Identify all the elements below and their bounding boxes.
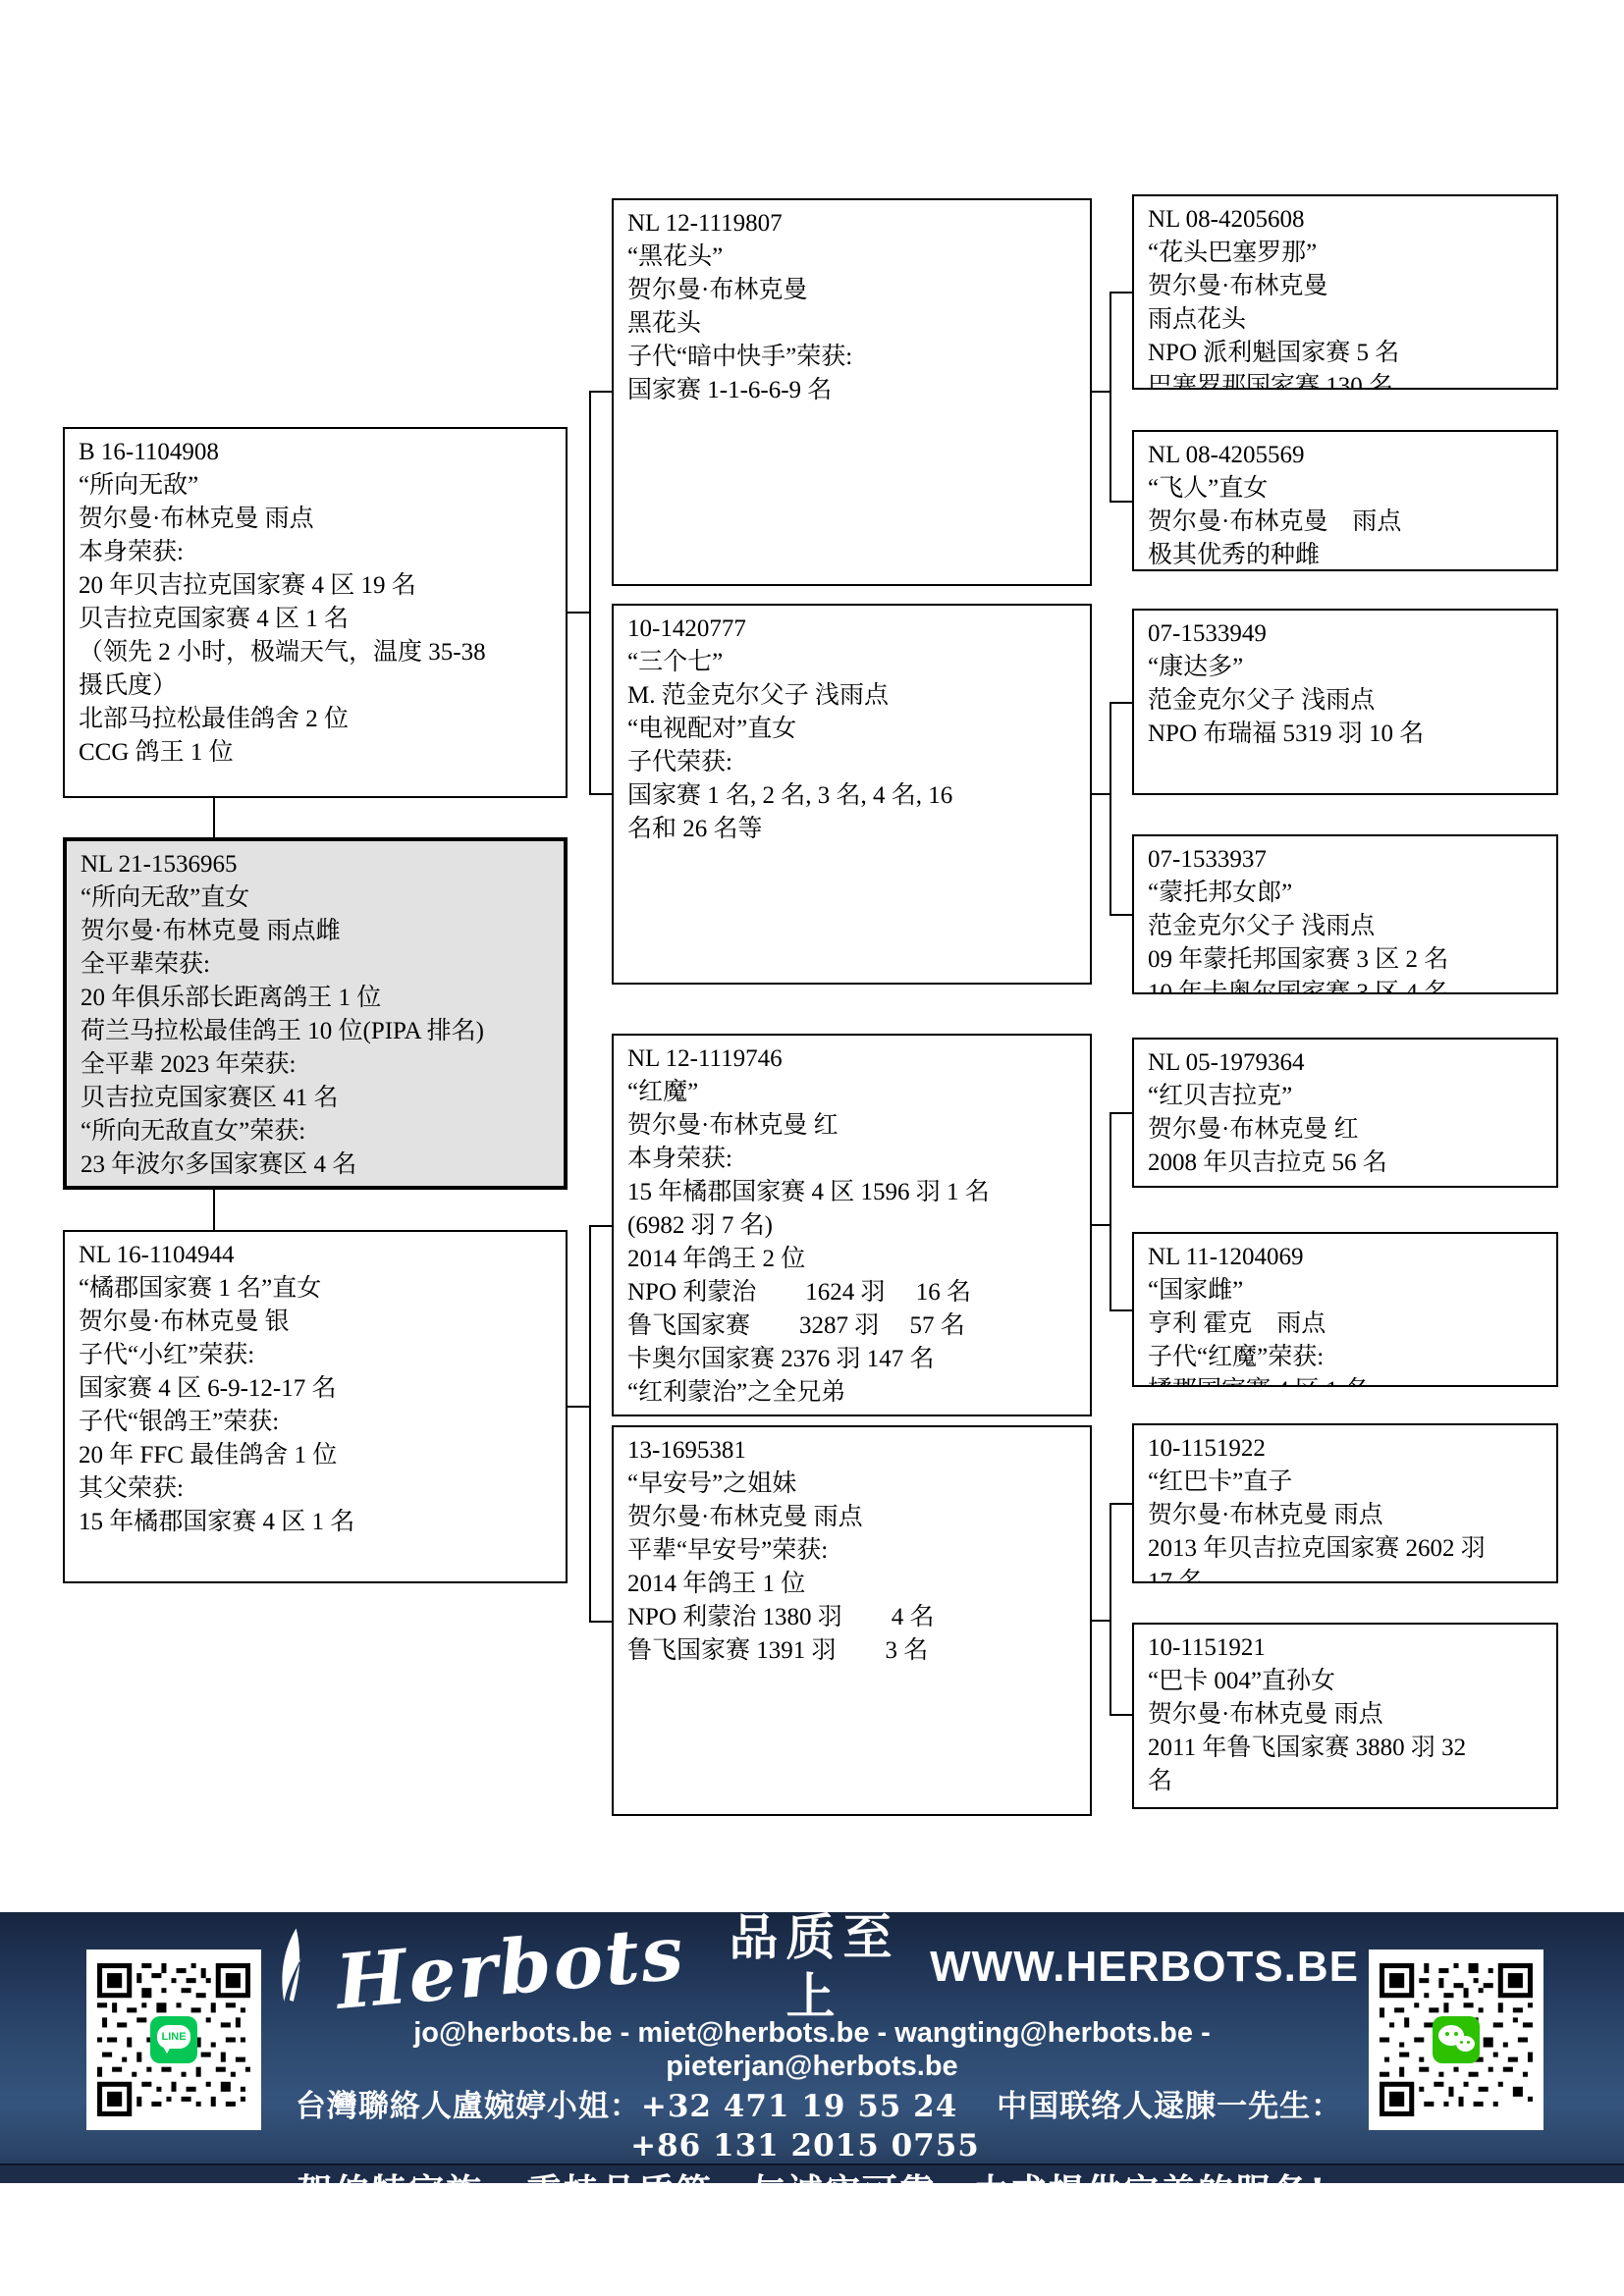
- connector-line: [1110, 1309, 1132, 1311]
- contact-taiwan: 台灣聯絡人盧婉婷小姐：+32 471 19 55 24: [282, 2089, 971, 2124]
- connector-line: [1110, 702, 1111, 916]
- connector-line: [589, 1225, 591, 1623]
- connector-line: [589, 1621, 612, 1623]
- connector-line: [1110, 1112, 1132, 1114]
- footer-content: Herbots 品质至上 WWW.HERBOTS.BE jo@herbots.b…: [265, 1912, 1359, 2183]
- connector-line: [1110, 292, 1132, 294]
- connector-line: [1110, 1112, 1111, 1311]
- connector-line: [589, 1225, 612, 1227]
- pedigree-box-nl-11-1204069: NL 11-1204069 “国家雌” 亨利 霍克 雨点 子代“红魔”荣获: 橘…: [1132, 1232, 1558, 1387]
- connector-line: [1092, 391, 1110, 393]
- pedigree-box-nl-12-1119746: NL 12-1119746 “红魔” 贺尔曼·布林克曼 红 本身荣获: 15 年…: [612, 1034, 1092, 1416]
- wechat-bubble-small: [1456, 2036, 1475, 2052]
- connector-line: [1110, 1503, 1132, 1505]
- pedigree-box-13-1695381: 13-1695381 “早安号”之姐妹 贺尔曼·布林克曼 雨点 平辈“早安号”荣…: [612, 1425, 1092, 1816]
- pedigree-box-b-16-1104908: B 16-1104908 “所向无敌” 贺尔曼·布林克曼 雨点 本身荣获: 20…: [63, 427, 568, 798]
- line-qr-code: LINE: [86, 1949, 261, 2130]
- wechat-icon: [1433, 2016, 1480, 2063]
- email-addresses[interactable]: jo@herbots.be - miet@herbots.be - wangti…: [265, 2016, 1359, 2083]
- brand-script-logo: Herbots: [333, 1914, 701, 2020]
- brand-logo-row: Herbots 品质至上 WWW.HERBOTS.BE: [265, 1920, 1359, 2014]
- connector-line: [213, 1190, 215, 1230]
- wechat-qr-code: [1369, 1949, 1543, 2130]
- connector-line: [1092, 1224, 1110, 1226]
- connector-line: [1092, 1620, 1110, 1622]
- feather-icon: [257, 1926, 324, 2008]
- connector-line: [1110, 292, 1111, 503]
- pedigree-box-nl-16-1104944: NL 16-1104944 “橘郡国家赛 1 名”直女 贺尔曼·布林克曼 银 子…: [63, 1230, 568, 1583]
- brand-chinese-motto: 品质至上: [719, 1908, 910, 2026]
- pedigree-page: NL 12-1119807 “黑花头” 贺尔曼·布林克曼 黑花头 子代“暗中快手…: [0, 0, 1624, 2296]
- connector-line: [1110, 702, 1132, 704]
- connector-line: [1110, 1503, 1111, 1716]
- connector-line: [1092, 793, 1110, 795]
- pedigree-box-nl-12-1119807: NL 12-1119807 “黑花头” 贺尔曼·布林克曼 黑花头 子代“暗中快手…: [612, 198, 1092, 586]
- pedigree-box-nl-08-4205569: NL 08-4205569 “飞人”直女 贺尔曼·布林克曼 雨点 极其优秀的种雌: [1132, 430, 1558, 571]
- contact-phones: 台灣聯絡人盧婉婷小姐：+32 471 19 55 24 中国联络人逯腖一先生：+…: [265, 2087, 1359, 2165]
- pedigree-box-nl-05-1979364: NL 05-1979364 “红贝吉拉克” 贺尔曼·布林克曼 红 2008 年贝…: [1132, 1038, 1558, 1188]
- connector-line: [1110, 501, 1132, 503]
- connector-line: [1110, 914, 1132, 916]
- pedigree-box-nl-08-4205608: NL 08-4205608 “花头巴塞罗那” 贺尔曼·布林克曼 雨点花头 NPO…: [1132, 194, 1558, 390]
- website-url[interactable]: WWW.HERBOTS.BE: [930, 1941, 1359, 1994]
- line-icon: LINE: [150, 2016, 197, 2063]
- footer-brand-band: LINE: [0, 1912, 1624, 2183]
- brand-slogan: 贺伯特家族...秉持品质第一与诚实可靠，力求提供完美的服务!: [265, 2169, 1359, 2215]
- connector-line: [589, 391, 612, 393]
- pedigree-box-07-1533949: 07-1533949 “康达多” 范金克尔父子 浅雨点 NPO 布瑞福 5319…: [1132, 609, 1558, 795]
- connector-line: [589, 793, 612, 795]
- connector-line: [568, 1406, 589, 1408]
- connector-line: [1110, 1714, 1132, 1716]
- connector-line: [589, 391, 591, 795]
- line-icon-label: LINE: [157, 2025, 190, 2049]
- pedigree-box-07-1533937: 07-1533937 “蒙托邦女郎” 范金克尔父子 浅雨点 09 年蒙托邦国家赛…: [1132, 834, 1558, 994]
- connector-line: [568, 612, 589, 614]
- pedigree-box-10-1151921: 10-1151921 “巴卡 004”直孙女 贺尔曼·布林克曼 雨点 2011 …: [1132, 1623, 1558, 1809]
- pedigree-box-nl-21-1536965-subject: NL 21-1536965 “所向无敌”直女 贺尔曼·布林克曼 雨点雌 全平辈荣…: [63, 837, 568, 1190]
- connector-line: [213, 798, 215, 837]
- line-icon-bubble-tail: [163, 2047, 171, 2054]
- pedigree-box-10-1151922: 10-1151922 “红巴卡”直子 贺尔曼·布林克曼 雨点 2013 年贝吉拉…: [1132, 1423, 1558, 1583]
- pedigree-box-10-1420777: 10-1420777 “三个七” M. 范金克尔父子 浅雨点 “电视配对”直女 …: [612, 604, 1092, 985]
